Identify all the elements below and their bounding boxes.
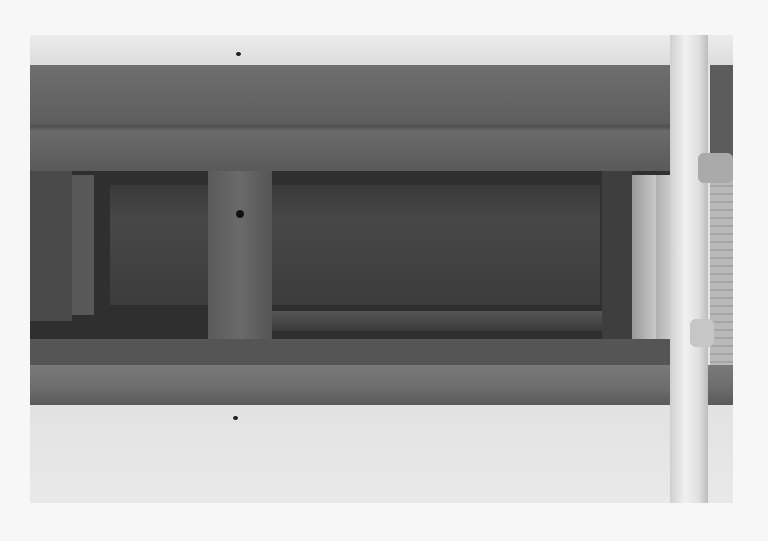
upper-wall-panel (30, 35, 733, 65)
back-board (110, 185, 600, 305)
wing-nut (690, 319, 714, 347)
top-header-beam (30, 65, 675, 171)
bottom-beam (30, 365, 733, 405)
nail-hole (233, 416, 238, 420)
left-post (30, 171, 72, 321)
photograph (30, 35, 733, 503)
left-post-board (72, 175, 94, 315)
right-post (602, 171, 632, 341)
sill-board (30, 339, 670, 365)
lower-wall-panel (30, 405, 733, 503)
center-stud (208, 171, 272, 346)
scaffold-pipe (670, 35, 708, 503)
stud-hole (236, 210, 244, 218)
right-light-board (632, 175, 656, 341)
nail-hole (236, 52, 241, 56)
lower-rail (272, 311, 602, 331)
pipe-bracket (698, 153, 733, 183)
